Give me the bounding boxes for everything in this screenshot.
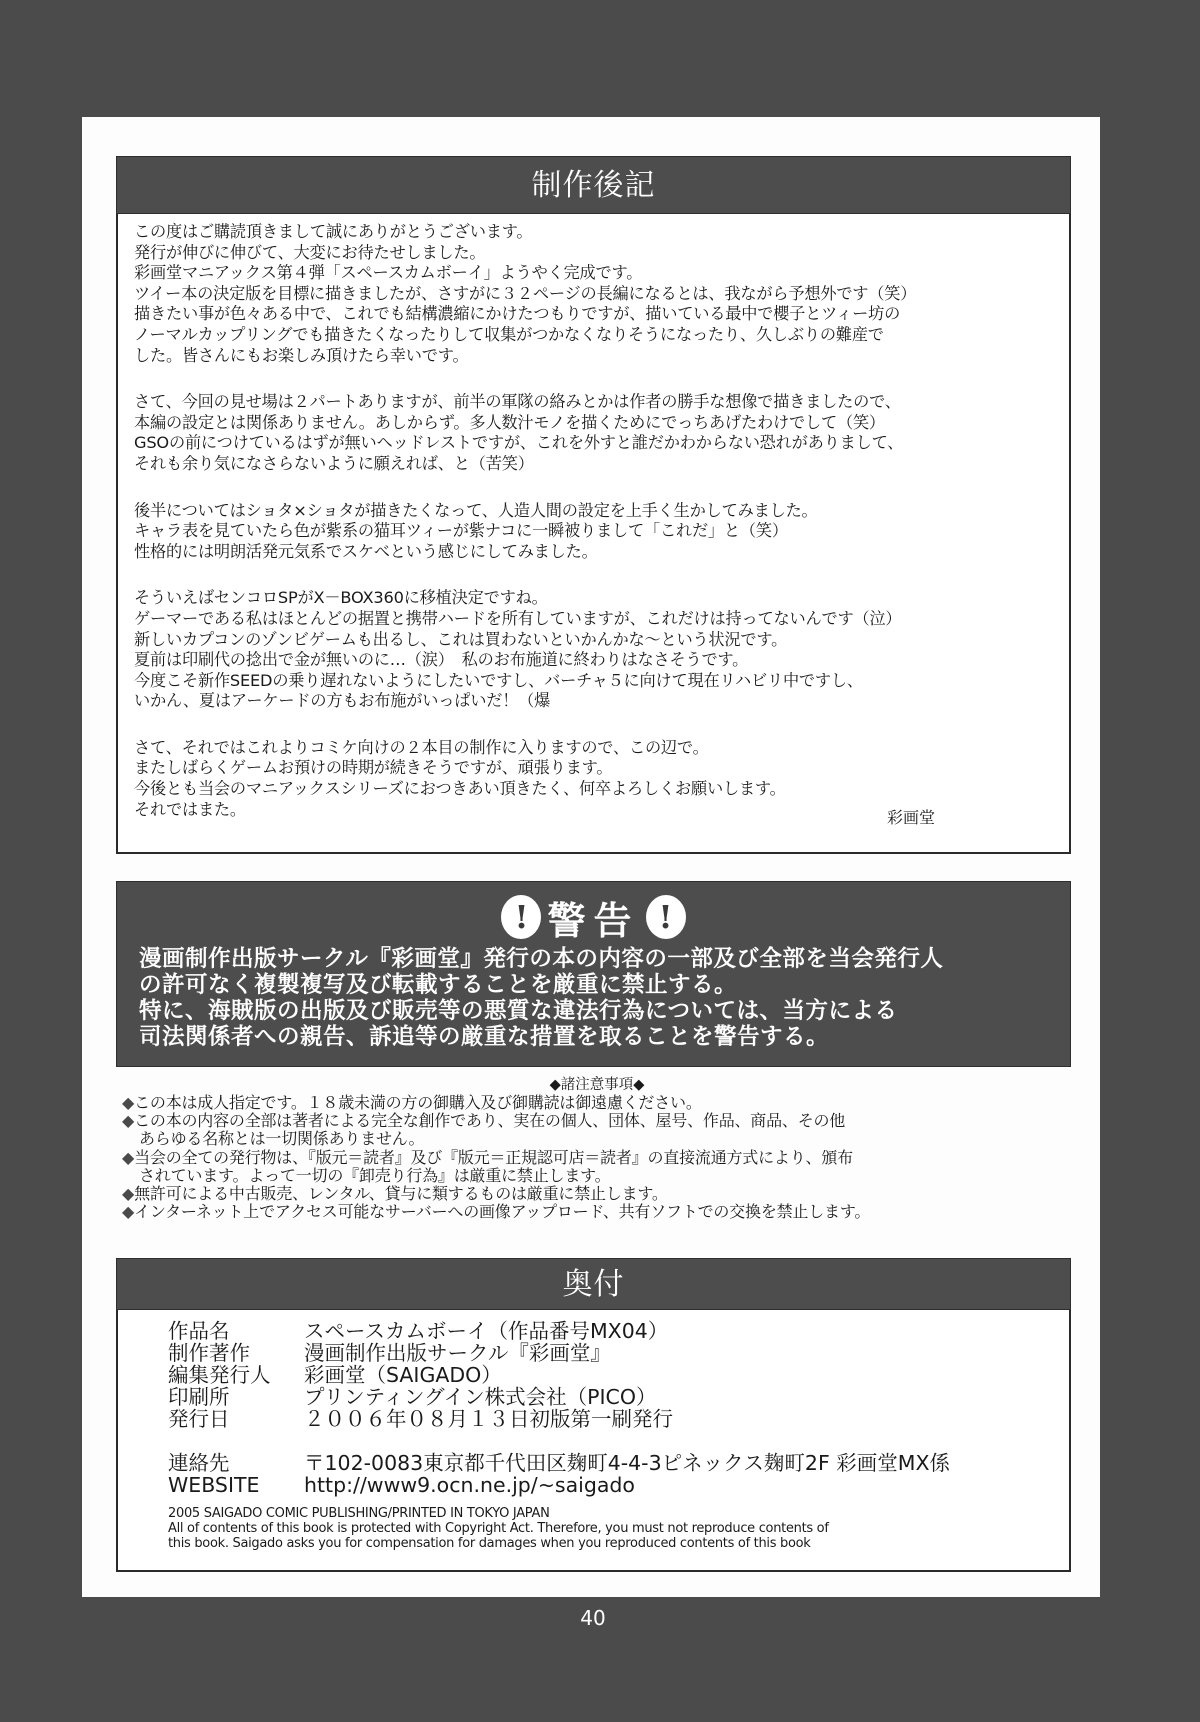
text-line: この度はご購読頂きまして誠にありがとうございます。 — [134, 222, 1069, 243]
note-text: 当会の全ての発行物は、『版元＝読者』及び『版元＝正規認可店＝読者』の直接流通方式… — [134, 1148, 853, 1167]
diamond-bullet-icon: ◆ — [122, 1202, 134, 1221]
text-line: 本編の設定とは関係ありません。あしからず。多人数汁モノを描くためにでっちあげたわ… — [134, 413, 1069, 434]
warning-title: 警告 — [547, 890, 639, 945]
text-line: さて、今回の見せ場は２パートありますが、前半の軍隊の絡みとかは作者の勝手な想像で… — [134, 392, 1069, 413]
text-line: そういえばセンコロSPがX－BOX360に移植決定ですね。 — [134, 588, 1069, 609]
note-text: この本の内容の全部は著者による完全な創作であり、実在の個人、団体、屋号、作品、商… — [134, 1111, 845, 1130]
afterword-paragraph: この度はご購読頂きまして誠にありがとうございます。 発行が伸びに伸びて、大変にお… — [134, 222, 1069, 366]
text-line: GSOの前につけているはずが無いヘッドレストですが、これを外すと誰だかわからない… — [134, 433, 1069, 454]
afterword-signature: 彩画堂 — [887, 805, 935, 828]
text-line: キャラ表を見ていたら色が紫系の猫耳ツィーが紫ナコに一瞬被りまして「これだ」と（笑… — [134, 521, 1069, 542]
notes-title: ◆諸注意事項◆ — [122, 1077, 1072, 1094]
warning-line: の許可なく複製複写及び転載することを厳重に禁止する。 — [139, 972, 1070, 998]
warning-title-row: ! 警告 ! — [117, 894, 1070, 940]
warning-box: ! 警告 ! 漫画制作出版サークル『彩画堂』発行の本の内容の一部及び全部を当会発… — [116, 881, 1071, 1067]
copyright-line: 2005 SAIGADO COMIC PUBLISHING/PRINTED IN… — [168, 1506, 550, 1521]
text-line: ツイー本の決定版を目標に描きましたが、さすがに３２ページの長編になるとは、我なが… — [134, 284, 1069, 305]
text-line: した。皆さんにもお楽しみ頂けたら幸いです。 — [134, 346, 1069, 367]
copyright-line: All of contents of this book is protecte… — [168, 1521, 829, 1536]
colophon-header: 奥付 — [116, 1258, 1071, 1310]
afterword-body: この度はご購読頂きまして誠にありがとうございます。 発行が伸びに伸びて、大変にお… — [116, 214, 1071, 854]
colophon-value: 漫画制作出版サークル『彩画堂』 — [304, 1341, 611, 1365]
colophon-row: 制作著作漫画制作出版サークル『彩画堂』 — [168, 1342, 611, 1364]
page-number: 40 — [0, 1606, 1186, 1630]
text-line: ノーマルカップリングでも描きたくなったりして収集がつかなくなりそうになったり、久… — [134, 325, 1069, 346]
note-item: ◆インターネット上でアクセス可能なサーバーへの画像アップロード、共有ソフトでの交… — [122, 1203, 1072, 1221]
colophon-row: 編集発行人彩画堂（SAIGADO） — [168, 1364, 502, 1386]
note-item: ◆この本は成人指定です。１８歳未満の方の御購入及び御購読は御遠慮ください。 — [122, 1094, 1072, 1112]
text-line: 今度こそ新作SEEDの乗り遅れないようにしたいですし、バーチャ５に向けて現在リハ… — [134, 671, 1069, 692]
afterword-header: 制作後記 — [116, 156, 1071, 214]
afterword-paragraph: さて、今回の見せ場は２パートありますが、前半の軍隊の絡みとかは作者の勝手な想像で… — [134, 392, 1069, 474]
diamond-bullet-icon: ◆ — [122, 1093, 134, 1112]
colophon-value: 〒102-0083東京都千代田区麹町4-4-3ピネックス麹町2F 彩画堂MX係 — [304, 1451, 950, 1475]
warning-line: 特に、海賊版の出版及び販売等の悪質な違法行為については、当方による — [139, 998, 1070, 1024]
note-item: ◆この本の内容の全部は著者による完全な創作であり、実在の個人、団体、屋号、作品、… — [122, 1112, 1072, 1130]
note-continuation: あらゆる名称とは一切関係ありません。 — [122, 1130, 1072, 1148]
colophon-row: 作品名スペースカムボーイ（作品番号MX04） — [168, 1320, 668, 1342]
note-text: インターネット上でアクセス可能なサーバーへの画像アップロード、共有ソフトでの交換… — [134, 1202, 870, 1221]
text-line: 彩画堂マニアックス第４弾「スペースカムボーイ」ようやく完成です。 — [134, 263, 1069, 284]
colophon-body: 作品名スペースカムボーイ（作品番号MX04） 制作著作漫画制作出版サークル『彩画… — [116, 1310, 1071, 1572]
text-line: 発行が伸びに伸びて、大変にお待たせしました。 — [134, 243, 1069, 264]
note-continuation: されています。よって一切の『卸売り行為』は厳重に禁止します。 — [122, 1167, 1072, 1185]
note-item: ◆当会の全ての発行物は、『版元＝読者』及び『版元＝正規認可店＝読者』の直接流通方… — [122, 1149, 1072, 1167]
text-line: いかん、夏はアーケードの方もお布施がいっぱいだ！（爆 — [134, 691, 1069, 712]
notes-section: ◆諸注意事項◆ ◆この本は成人指定です。１８歳未満の方の御購入及び御購読は御遠慮… — [122, 1077, 1072, 1221]
warning-text: 漫画制作出版サークル『彩画堂』発行の本の内容の一部及び全部を当会発行人 の許可な… — [139, 946, 1070, 1050]
note-item: ◆無許可による中古販売、レンタル、貸与に類するものは厳重に禁止します。 — [122, 1185, 1072, 1203]
colophon-row: 発行日２００６年０８月１３日初版第一刷発行 — [168, 1408, 673, 1430]
colophon-value: スペースカムボーイ（作品番号MX04） — [304, 1319, 668, 1343]
text-line: 今後とも当会のマニアックスシリーズにおつきあい頂きたく、何卒よろしくお願いします… — [134, 779, 1069, 800]
text-line: 描きたい事が色々ある中で、これでも結構濃縮にかけたつもりですが、描いている最中で… — [134, 304, 1069, 325]
diamond-bullet-icon: ◆ — [122, 1111, 134, 1130]
colophon-label: 連絡先 — [168, 1452, 304, 1474]
afterword-title: 制作後記 — [532, 168, 656, 203]
text-line: ゲーマーである私はほとんどの据置と携帯ハードを所有していますが、これだけは持って… — [134, 609, 1069, 630]
copyright-line: this book. Saigado asks you for compensa… — [168, 1536, 811, 1551]
diamond-bullet-icon: ◆ — [122, 1148, 134, 1167]
note-text: 無許可による中古販売、レンタル、貸与に類するものは厳重に禁止します。 — [134, 1184, 668, 1203]
exclamation-circle-icon: ! — [501, 895, 541, 939]
text-line: さて、それではこれよりコミケ向けの２本目の制作に入りますので、この辺で。 — [134, 738, 1069, 759]
colophon-row: 印刷所プリンティングイン株式会社（PICO） — [168, 1386, 656, 1408]
afterword-paragraph: そういえばセンコロSPがX－BOX360に移植決定ですね。 ゲーマーである私はほ… — [134, 588, 1069, 712]
note-text: この本は成人指定です。１８歳未満の方の御購入及び御購読は御遠慮ください。 — [134, 1093, 702, 1112]
text-line: またしばらくゲームお預けの時期が続きそうですが、頑張ります。 — [134, 758, 1069, 779]
colophon-title: 奥付 — [563, 1267, 625, 1302]
text-line: 夏前は印刷代の捻出で金が無いのに…（涙） 私のお布施道に終わりはなさそうです。 — [134, 650, 1069, 671]
text-line: 性格的には明朗活発元気系でスケベという感じにしてみました。 — [134, 542, 1069, 563]
text-line: 新しいカプコンのゾンビゲームも出るし、これは買わないといかんかな～という状況です… — [134, 630, 1069, 651]
colophon-value: プリンティングイン株式会社（PICO） — [304, 1385, 656, 1409]
colophon-value: ２００６年０８月１３日初版第一刷発行 — [304, 1407, 673, 1431]
colophon-label: 作品名 — [168, 1320, 304, 1342]
page-panel: 制作後記 この度はご購読頂きまして誠にありがとうございます。 発行が伸びに伸びて… — [82, 117, 1100, 1597]
colophon-value: 彩画堂（SAIGADO） — [304, 1363, 502, 1387]
text-line: それも余り気になさらないように願えれば、と（苦笑） — [134, 454, 1069, 475]
warning-line: 司法関係者への親告、訴追等の厳重な措置を取ることを警告する。 — [139, 1024, 1070, 1050]
colophon-label: 印刷所 — [168, 1386, 304, 1408]
exclamation-circle-icon: ! — [646, 895, 686, 939]
afterword-paragraph: 後半についてはショタ×ショタが描きたくなって、人造人間の設定を上手く生かしてみま… — [134, 501, 1069, 563]
colophon-label: 発行日 — [168, 1408, 304, 1430]
diamond-bullet-icon: ◆ — [122, 1184, 134, 1203]
colophon-label: 制作著作 — [168, 1342, 304, 1364]
warning-line: 漫画制作出版サークル『彩画堂』発行の本の内容の一部及び全部を当会発行人 — [139, 946, 1070, 972]
text-line: 後半についてはショタ×ショタが描きたくなって、人造人間の設定を上手く生かしてみま… — [134, 501, 1069, 522]
colophon-website: WEBSITEhttp://www9.ocn.ne.jp/~saigado — [168, 1474, 635, 1496]
colophon-contact: 連絡先〒102-0083東京都千代田区麹町4-4-3ピネックス麹町2F 彩画堂M… — [168, 1452, 950, 1474]
website-link[interactable]: http://www9.ocn.ne.jp/~saigado — [304, 1473, 635, 1497]
colophon-label: 編集発行人 — [168, 1364, 304, 1386]
colophon-label: WEBSITE — [168, 1474, 304, 1496]
